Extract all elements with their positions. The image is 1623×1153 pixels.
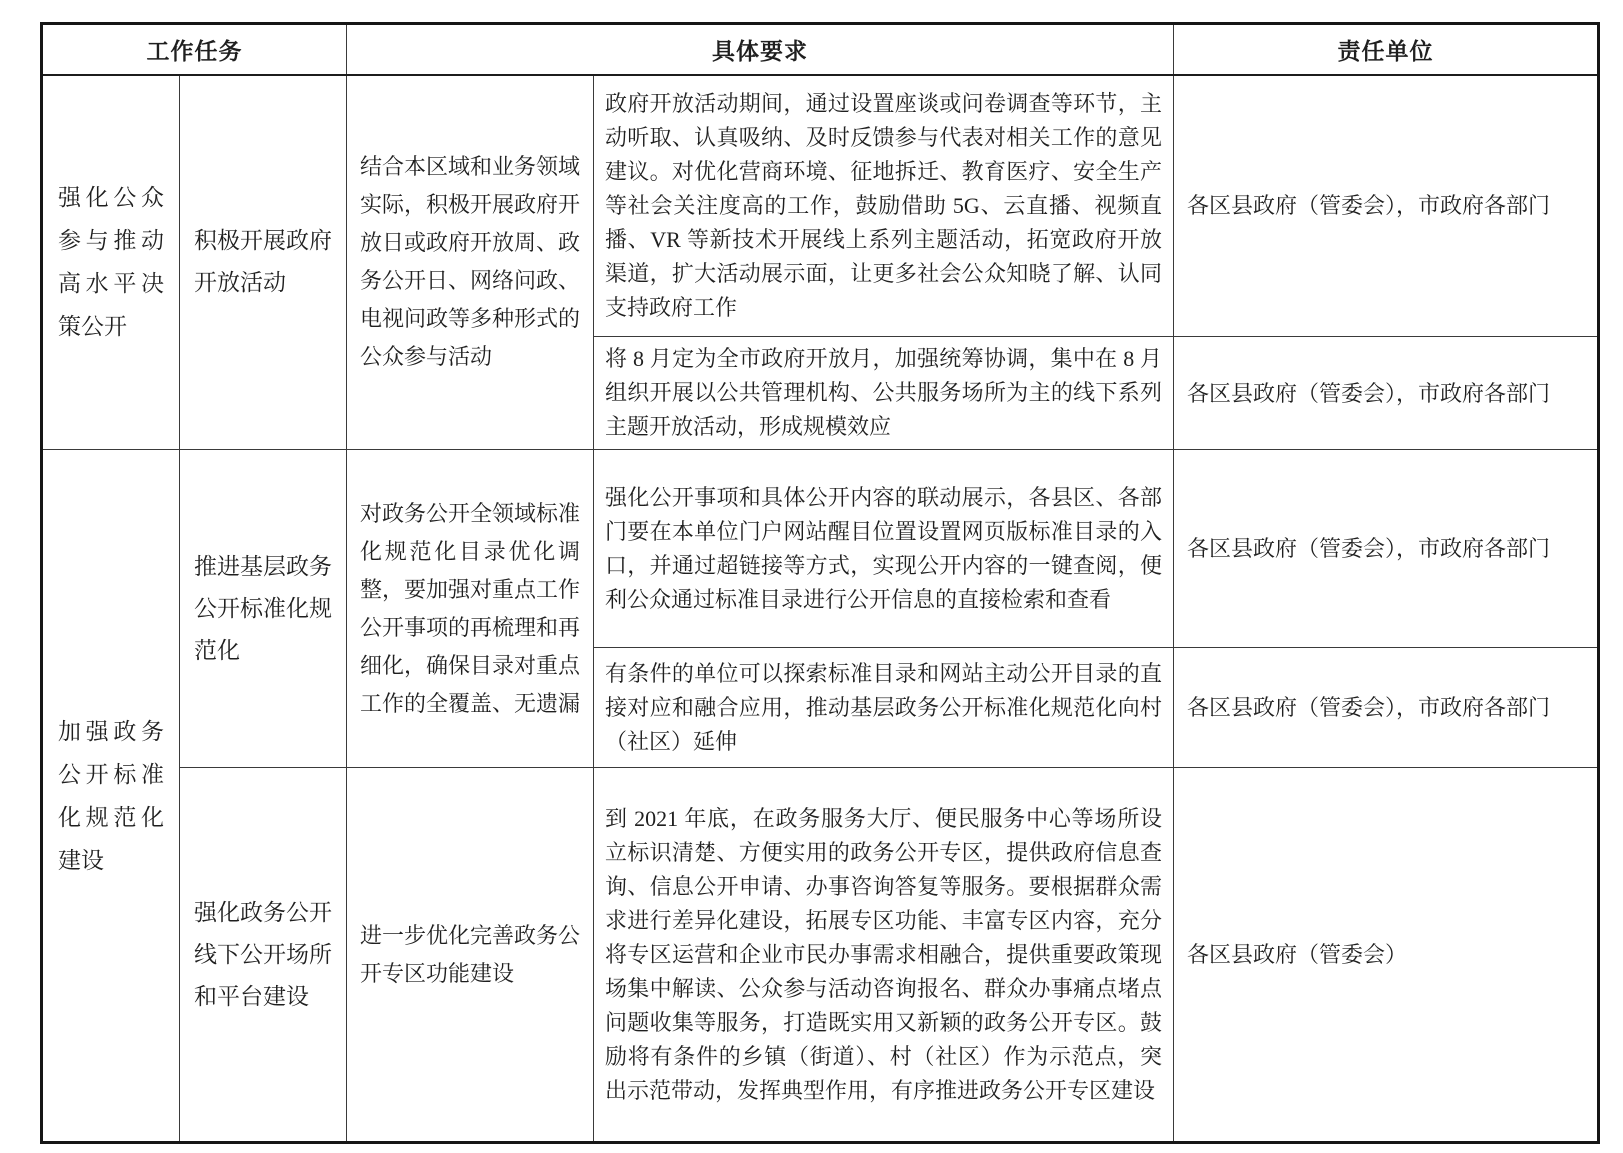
document-page: 工作任务 具体要求 责任单位 强化公众参与推动高水平决策公开 积极开展政府开放活… <box>0 0 1623 1153</box>
category-cell-standardization: 加强政务公开标准化规范化建设 <box>42 450 180 1143</box>
unit-cell-5: 各区县政府（管委会） <box>1174 768 1599 1143</box>
unit-cell-2: 各区县政府（管委会），市政府各部门 <box>1174 337 1599 450</box>
table-row: 强化公众参与推动高水平决策公开 积极开展政府开放活动 结合本区域和业务领域实际，… <box>42 75 1599 337</box>
task-cell-offline-venues: 强化政务公开线下公开场所和平台建设 <box>180 768 347 1143</box>
unit-cell-4: 各区县政府（管委会），市政府各部门 <box>1174 648 1599 768</box>
summary-cell-open-government-activities: 结合本区域和业务领域实际，积极开展政府开放日或政府开放周、政务公开日、网络问政、… <box>347 75 594 450</box>
header-unit: 责任单位 <box>1174 24 1599 75</box>
category-cell-public-participation: 强化公众参与推动高水平决策公开 <box>42 75 180 450</box>
work-plan-table: 工作任务 具体要求 责任单位 强化公众参与推动高水平决策公开 积极开展政府开放活… <box>40 22 1600 1144</box>
header-row: 工作任务 具体要求 责任单位 <box>42 24 1599 75</box>
task-cell-open-government-activities: 积极开展政府开放活动 <box>180 75 347 450</box>
task-cell-grassroots-standardization: 推进基层政务公开标准化规范化 <box>180 450 347 768</box>
unit-cell-1: 各区县政府（管委会），市政府各部门 <box>1174 75 1599 337</box>
summary-cell-offline-venues: 进一步优化完善政务公开专区功能建设 <box>347 768 594 1143</box>
requirement-cell-4: 有条件的单位可以探索标准目录和网站主动公开目录的直接对应和融合应用，推动基层政务… <box>594 648 1174 768</box>
unit-cell-3: 各区县政府（管委会），市政府各部门 <box>1174 450 1599 648</box>
table-row: 强化政务公开线下公开场所和平台建设 进一步优化完善政务公开专区功能建设 到 20… <box>42 768 1599 1143</box>
summary-cell-grassroots-standardization: 对政务公开全领域标准化规范化目录优化调整，要加强对重点工作公开事项的再梳理和再细… <box>347 450 594 768</box>
requirement-cell-3: 强化公开事项和具体公开内容的联动展示，各县区、各部门要在本单位门户网站醒目位置设… <box>594 450 1174 648</box>
header-requirement: 具体要求 <box>347 24 1174 75</box>
requirement-cell-2: 将 8 月定为全市政府开放月，加强统筹协调，集中在 8 月组织开展以公共管理机构… <box>594 337 1174 450</box>
requirement-cell-1: 政府开放活动期间，通过设置座谈或问卷调查等环节，主动听取、认真吸纳、及时反馈参与… <box>594 75 1174 337</box>
requirement-cell-5: 到 2021 年底，在政务服务大厅、便民服务中心等场所设立标识清楚、方便实用的政… <box>594 768 1174 1143</box>
table-row: 加强政务公开标准化规范化建设 推进基层政务公开标准化规范化 对政务公开全领域标准… <box>42 450 1599 648</box>
header-task: 工作任务 <box>42 24 347 75</box>
